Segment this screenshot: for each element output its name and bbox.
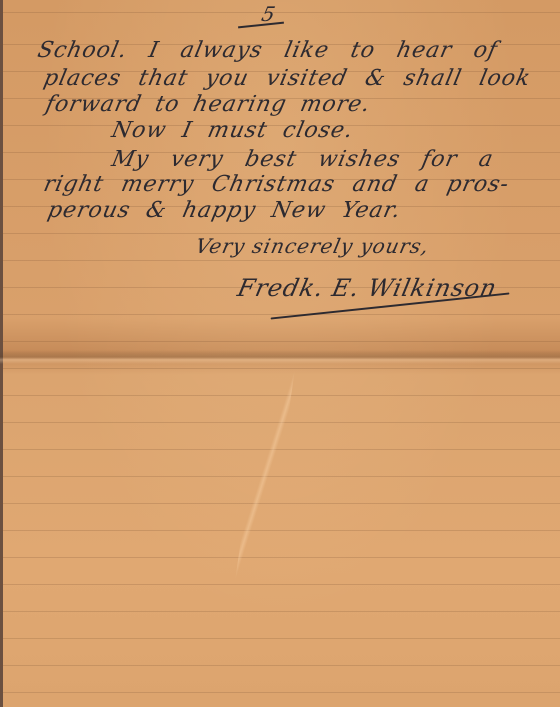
letter-line: perous & happy New Year. — [45, 198, 403, 223]
letter-closing: Very sincerely yours, — [193, 234, 431, 258]
letter-line: My very best wishes for a — [109, 147, 496, 172]
letter-line: right merry Christmas and a pros- — [41, 172, 511, 197]
letter-line: places that you visited & shall look — [41, 66, 533, 91]
letter-line: School. I always like to hear of — [35, 38, 500, 63]
letter-line: Now I must close. — [109, 118, 355, 143]
letter-line: forward to hearing more. — [43, 92, 373, 117]
letter-page: 5 School. I always like to hear of place… — [0, 0, 560, 707]
